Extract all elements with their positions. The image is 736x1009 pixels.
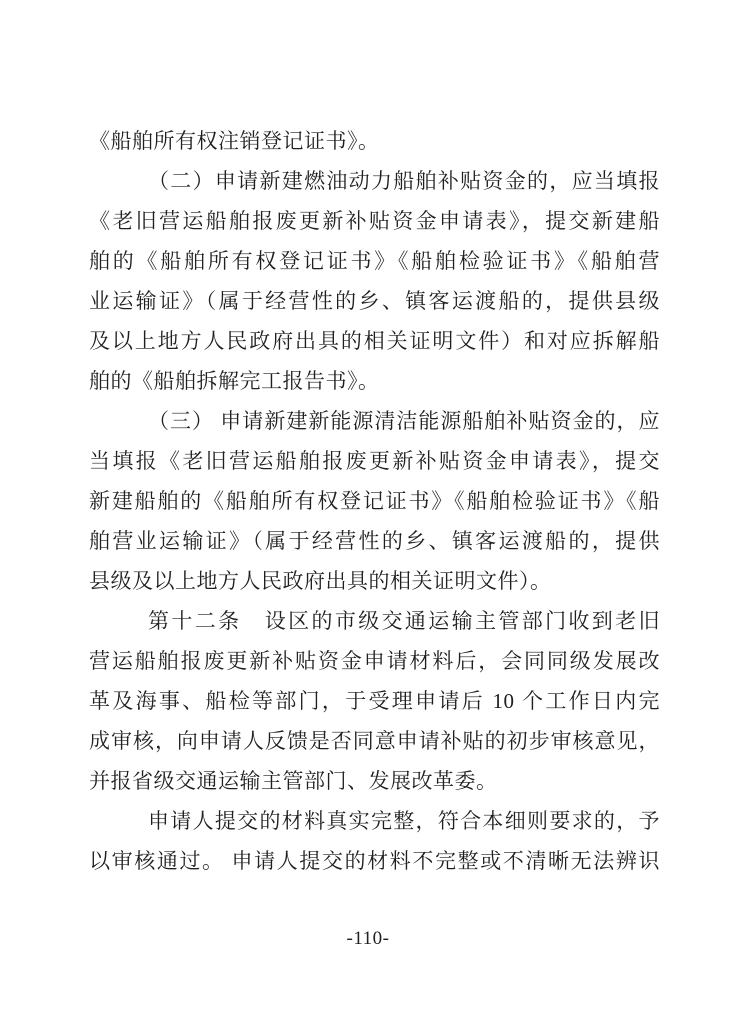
text-line: 申请人提交的材料真实完整，符合本细则要求的，予 xyxy=(89,801,660,841)
text-line: 当填报《老旧营运船舶报废更新补贴资金申请表》，提交 xyxy=(89,441,660,481)
text-line: 《船舶所有权注销登记证书》。 xyxy=(89,121,660,161)
text-line: 新建船舶的《船舶所有权登记证书》《船舶检验证书》《船 xyxy=(89,481,660,521)
text-line: （三） 申请新建新能源清洁能源船舶补贴资金的，应 xyxy=(89,401,660,441)
text-line: 舶的《船舶拆解完工报告书》。 xyxy=(89,361,660,401)
text-line: 成审核，向申请人反馈是否同意申请补贴的初步审核意见， xyxy=(89,721,660,761)
text-line: 营运船舶报废更新补贴资金申请材料后，会同同级发展改 xyxy=(89,641,660,681)
text-line: 业运输证》（属于经营性的乡、镇客运渡船的，提供县级 xyxy=(89,281,660,321)
text-line: 革及海事、船检等部门，于受理申请后 10 个工作日内完 xyxy=(89,681,660,721)
text-line: 以审核通过。 申请人提交的材料不完整或不清晰无法辨识 xyxy=(89,841,660,881)
text-line: 舶的《船舶所有权登记证书》《船舶检验证书》《船舶营 xyxy=(89,241,660,281)
text-line: 及以上地方人民政府出具的相关证明文件）和对应拆解船 xyxy=(89,321,660,361)
document-page: 《船舶所有权注销登记证书》。 （二）申请新建燃油动力船舶补贴资金的，应当填报 《… xyxy=(0,0,736,1009)
text-line: （二）申请新建燃油动力船舶补贴资金的，应当填报 xyxy=(89,161,660,201)
text-line: 第十二条 设区的市级交通运输主管部门收到老旧 xyxy=(89,601,660,641)
document-body: 《船舶所有权注销登记证书》。 （二）申请新建燃油动力船舶补贴资金的，应当填报 《… xyxy=(89,121,660,881)
page-number: -110- xyxy=(0,927,736,951)
text-line: 县级及以上地方人民政府出具的相关证明文件）。 xyxy=(89,561,660,601)
text-line: 并报省级交通运输主管部门、发展改革委。 xyxy=(89,761,660,801)
text-line: 《老旧营运船舶报废更新补贴资金申请表》，提交新建船 xyxy=(89,201,660,241)
text-line: 舶营业运输证》（属于经营性的乡、镇客运渡船的，提供 xyxy=(89,521,660,561)
